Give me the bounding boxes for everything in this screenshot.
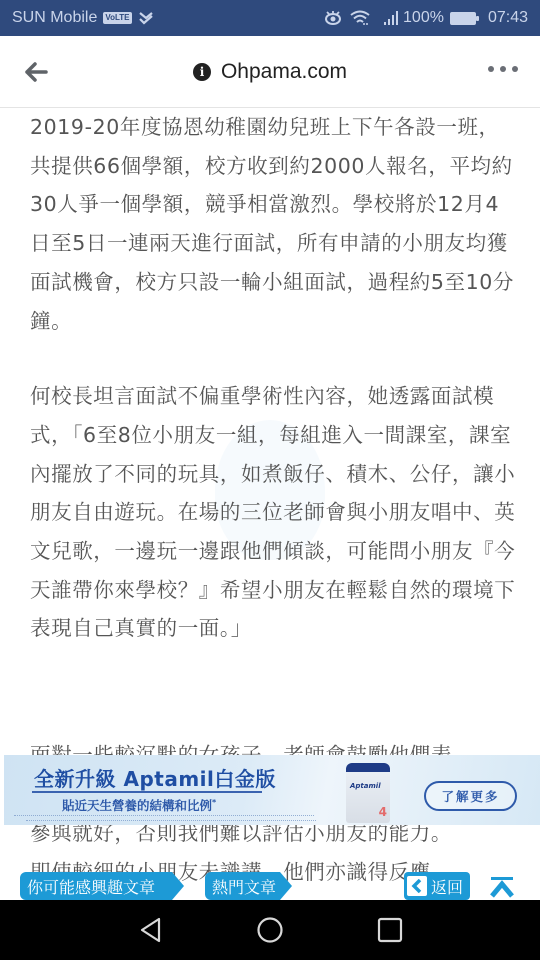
battery-percent: 100%	[403, 9, 444, 27]
bottom-tabs: 你可能感興趣文章 熱門文章 返回	[0, 872, 540, 900]
square-recents-icon	[376, 916, 404, 944]
signal-icon	[383, 10, 401, 26]
chevron-left-icon	[407, 876, 427, 896]
product-image: Aptamil 4	[346, 763, 390, 823]
ad-subtitle: 貼近天生營養的結構和比例*	[62, 796, 216, 814]
ad-subtitle-text: 貼近天生營養的結構和比例	[62, 798, 212, 813]
ad-divider	[32, 791, 262, 793]
battery-icon	[450, 12, 476, 25]
clock: 07:43	[488, 9, 528, 27]
more-dot-icon	[488, 66, 494, 72]
scroll-to-top-button[interactable]	[490, 876, 514, 898]
product-label: Aptamil	[350, 782, 381, 790]
status-bar: SUN Mobile VoLTE 100% 07:43	[0, 0, 540, 36]
article-paragraph: 2019-20年度協恩幼稚園幼兒班上下午各設一班，共提供66個學額，校方收到約2…	[30, 108, 520, 340]
article-body: 2019-20年度協恩幼稚園幼兒班上下午各設一班，共提供66個學額，校方收到約2…	[30, 108, 520, 685]
ad-title: 全新升級 Aptamil白金版	[34, 763, 276, 792]
info-icon[interactable]: i	[193, 63, 211, 81]
circle-home-icon	[256, 916, 284, 944]
status-left: SUN Mobile VoLTE	[12, 9, 154, 27]
chevron-up-icon	[490, 876, 514, 898]
triangle-back-icon	[137, 916, 165, 944]
more-dot-icon	[512, 66, 518, 72]
screen: SUN Mobile VoLTE 100% 07:43	[0, 0, 540, 960]
nav-back-button[interactable]	[137, 916, 165, 944]
more-dot-icon	[500, 66, 506, 72]
ad-fine-print	[14, 815, 314, 817]
ad-banner[interactable]: 全新升級 Aptamil白金版 貼近天生營養的結構和比例* Aptamil 4 …	[4, 755, 540, 825]
system-nav-bar	[0, 900, 540, 960]
related-articles-tab[interactable]: 你可能感興趣文章	[20, 872, 172, 900]
carrier-name: SUN Mobile	[12, 9, 97, 27]
ad-footnote-mark: *	[212, 798, 216, 807]
wifi-icon	[349, 10, 371, 26]
more-options-button[interactable]	[488, 66, 518, 72]
nav-recents-button[interactable]	[376, 916, 404, 944]
notification-check-icon	[138, 10, 154, 26]
product-stage: 4	[379, 805, 387, 819]
volte-badge: VoLTE	[103, 12, 131, 24]
browser-toolbar: i Ohpama.com	[0, 36, 540, 108]
return-label: 返回	[431, 875, 463, 898]
article-paragraph: 何校長坦言面試不偏重學術性內容，她透露面試模式，「6至8位小朋友一組，每組進入一…	[30, 377, 520, 648]
hot-articles-tab[interactable]: 熱門文章	[205, 872, 280, 900]
learn-more-button[interactable]: 了解更多	[424, 781, 517, 811]
back-button[interactable]	[22, 60, 50, 84]
return-button[interactable]: 返回	[404, 872, 470, 900]
url-text[interactable]: Ohpama.com	[221, 60, 347, 84]
status-right: 100% 07:43	[323, 9, 528, 27]
nav-home-button[interactable]	[256, 916, 284, 944]
ad-fine-print	[26, 820, 316, 822]
eye-comfort-icon	[323, 10, 343, 26]
arrow-left-icon	[22, 60, 50, 84]
url-display: i Ohpama.com	[0, 36, 540, 107]
